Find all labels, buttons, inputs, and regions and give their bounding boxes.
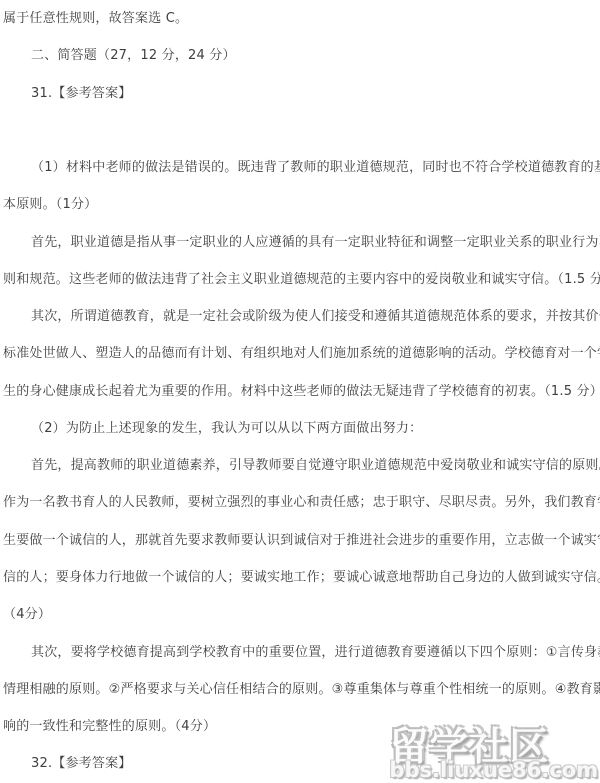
- document-line: 属于任意性规则，故答案选 C。: [0, 0, 600, 37]
- answer-text-body: 属于任意性规则，故答案选 C。 二、简答题（27，12 分，24 分） 31.【…: [0, 0, 600, 783]
- document-line: 信的人；要身体力行地做一个诚信的人；要诚实地工作；要诚心诚意地帮助自己身边的人做…: [0, 559, 600, 596]
- document-line: 首先，职业道德是指从事一定职业的人应遵循的具有一定职业特征和调整一定职业关系的职…: [0, 224, 600, 261]
- document-line: （4分）: [0, 596, 600, 633]
- question-31-heading: 31.【参考答案】: [0, 75, 600, 112]
- document-line: 生的身心健康成长起着尤为重要的作用。材料中这些老师的做法无疑违背了学校德育的初衷…: [0, 373, 600, 410]
- document-line: 则和规范。这些老师的做法违背了社会主义职业道德规范的主要内容中的爱岗敬业和诚实守…: [0, 261, 600, 298]
- document-line: 其次，所谓道德教育，就是一定社会或阶级为使人们接受和遵循其道德规范体系的要求，并…: [0, 298, 600, 335]
- document-line: 响的一致性和完整性的原则。（4分）: [0, 708, 600, 745]
- document-line: 标准处世做人、塑造人的品德而有计划、有组织地对人们施加系统的道德影响的活动。学校…: [0, 335, 600, 372]
- document-line: 作为一名教书育人的人民教师，要树立强烈的事业心和责任感；忠于职守、尽职尽责。另外…: [0, 484, 600, 521]
- document-line: （1）材料中老师的做法是错误的。既违背了教师的职业道德规范，同时也不符合学校道德…: [0, 149, 600, 186]
- document-line: 其次，要将学校德育提高到学校教育中的重要位置，进行道德教育要遵循以下四个原则：①…: [0, 634, 600, 671]
- document-line: 本原则。（1分）: [0, 186, 600, 223]
- document-line: 生要做一个诚信的人，那就首先要求教师要认识到诚信对于推进社会进步的重要作用，立志…: [0, 522, 600, 559]
- document-line: （2）为防止上述现象的发生，我认为可以从以下两方面做出努力：: [0, 410, 600, 447]
- document-page: 属于任意性规则，故答案选 C。 二、简答题（27，12 分，24 分） 31.【…: [0, 0, 600, 783]
- section-heading: 二、简答题（27，12 分，24 分）: [0, 37, 600, 74]
- blank-line: [0, 112, 600, 149]
- document-line: 首先，提高教师的职业道德素养，引导教师要自觉遵守职业道德规范中爱岗敬业和诚实守信…: [0, 447, 600, 484]
- document-line: 情理相融的原则。②严格要求与关心信任相结合的原则。③尊重集体与尊重个性相统一的原…: [0, 671, 600, 708]
- question-32-heading: 32.【参考答案】: [0, 745, 600, 782]
